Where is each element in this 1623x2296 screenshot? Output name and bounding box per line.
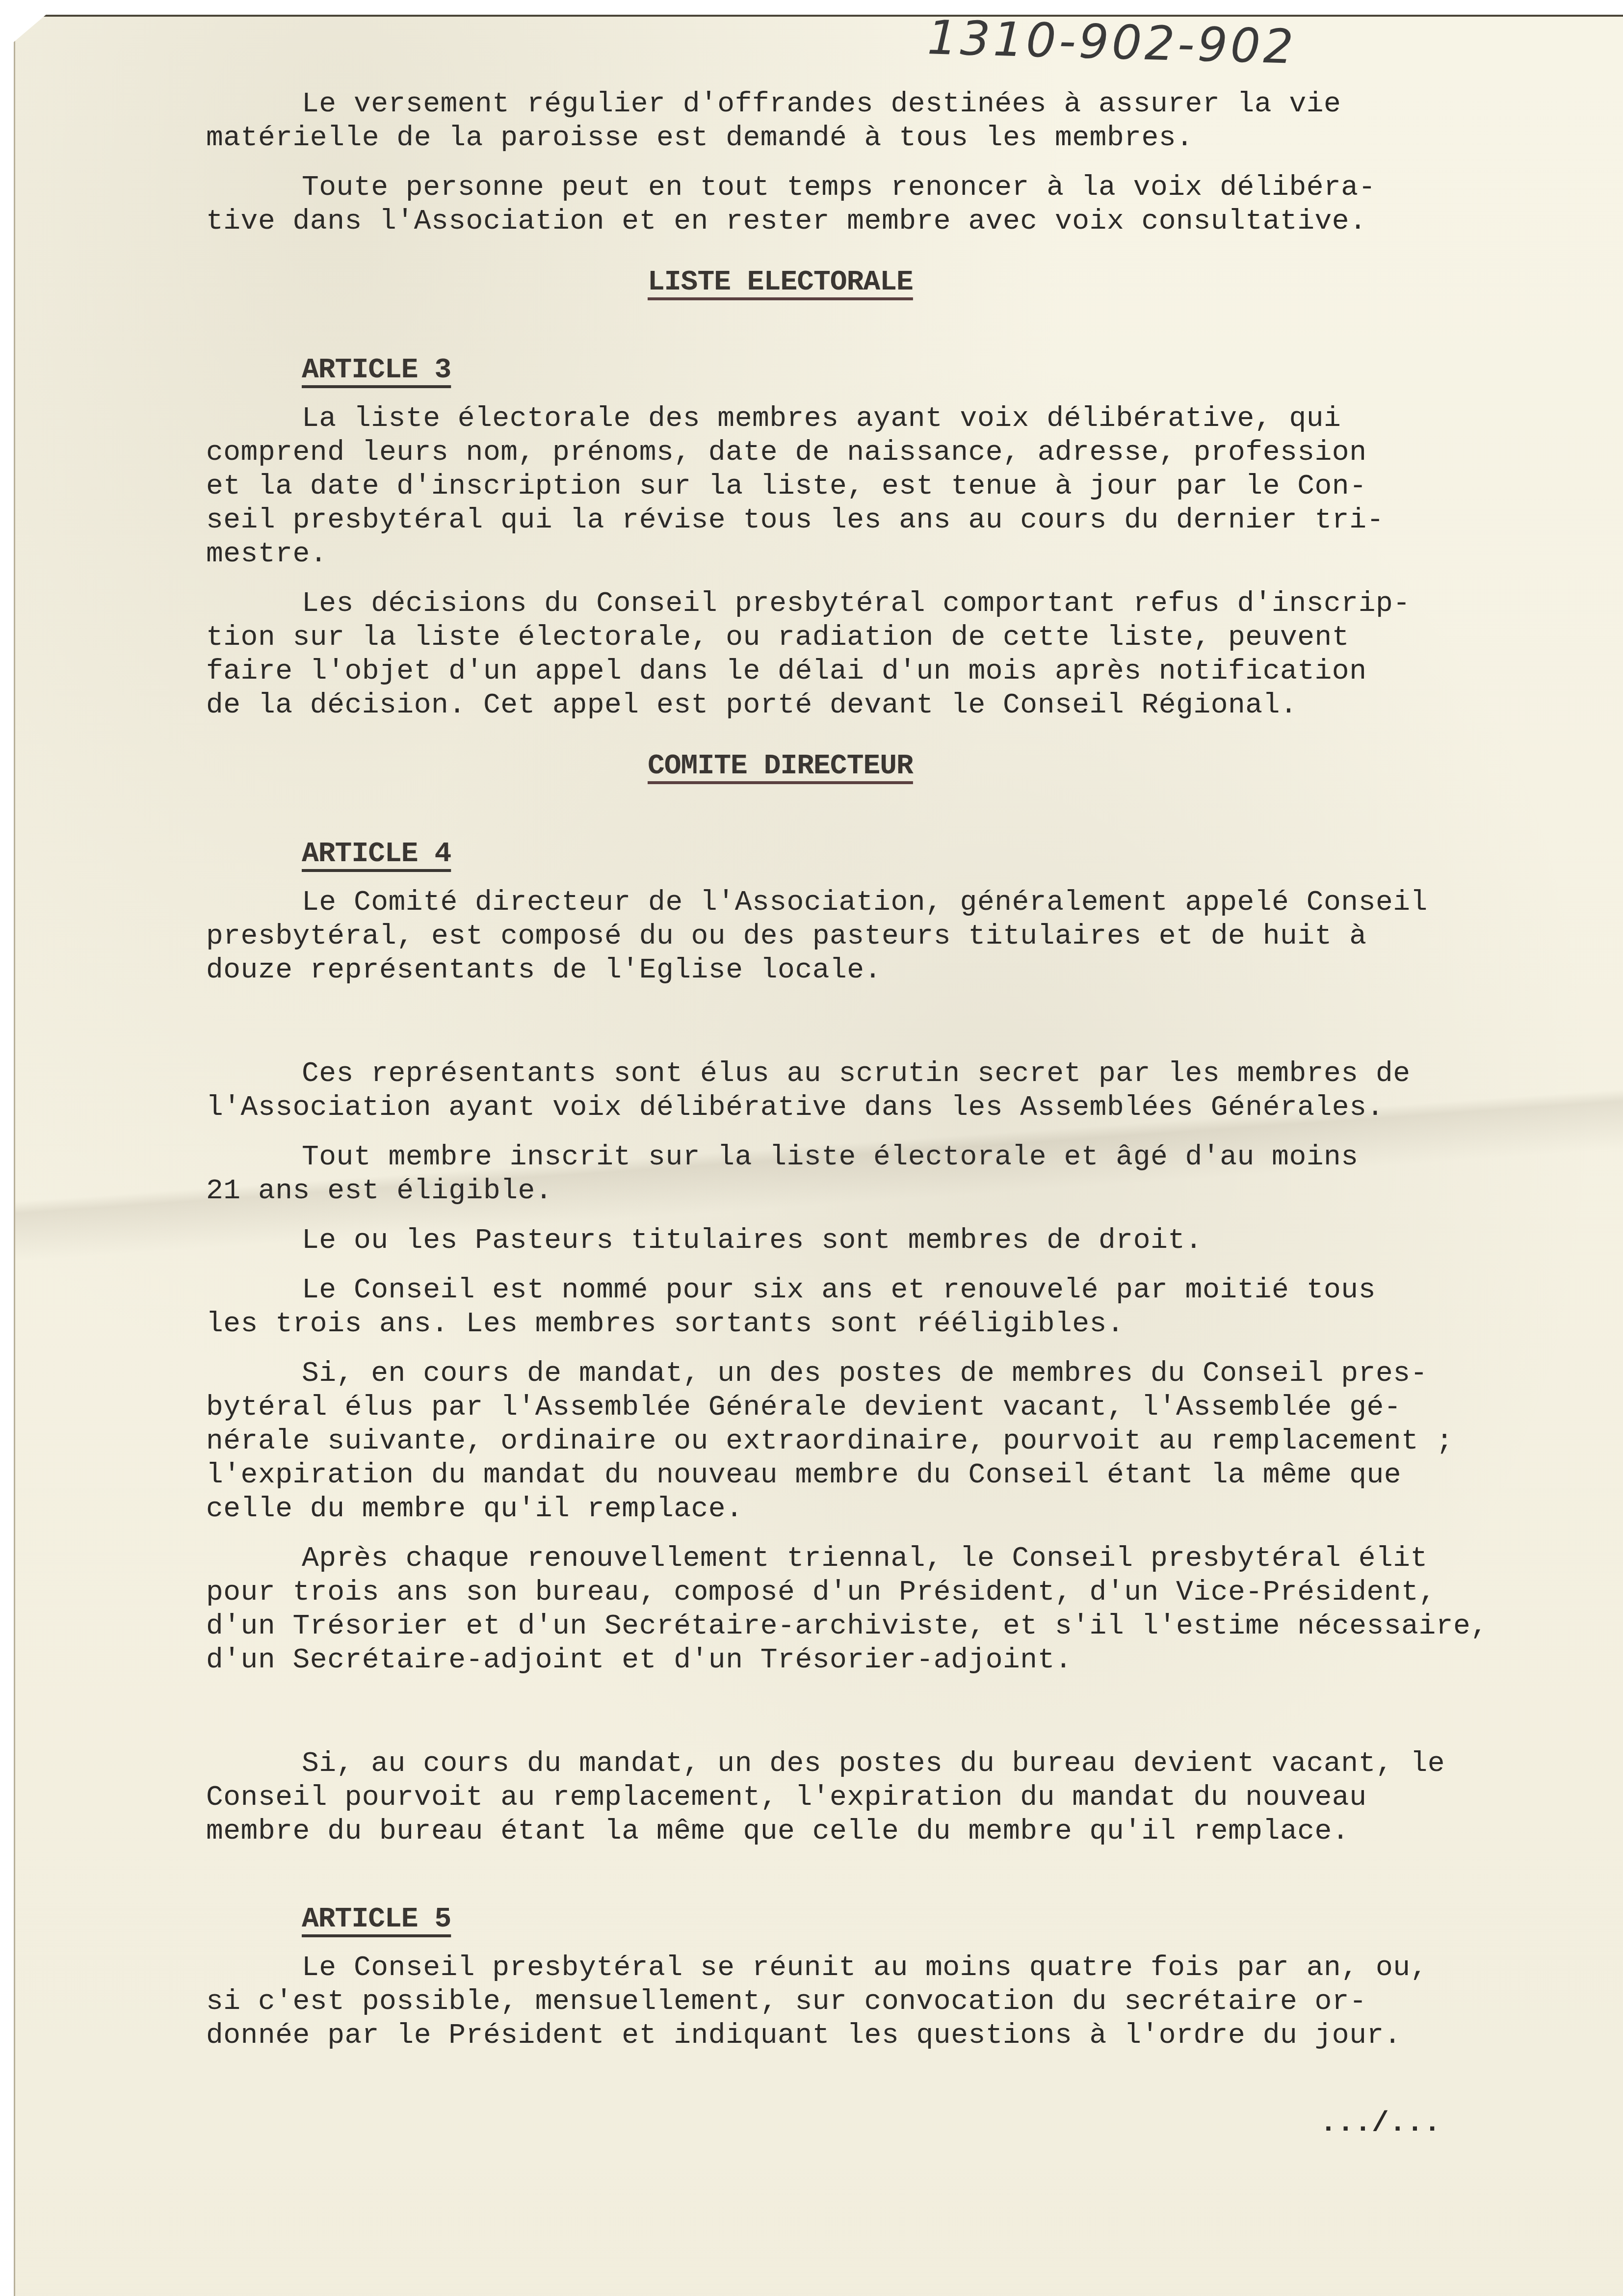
text-line: seil presbytéral qui la révise tous les …	[110, 503, 1599, 537]
article-5-heading: ARTICLE 5	[302, 1902, 1599, 1936]
text-line: Si, au cours du mandat, un des postes du…	[206, 1747, 1599, 1781]
paragraph: Le versement régulier d'offrandes destin…	[206, 87, 1599, 155]
document-body: Le versement régulier d'offrandes destin…	[206, 87, 1599, 2140]
text-line: d'un Trésorier et d'un Secrétaire-archiv…	[110, 1610, 1599, 1643]
text-line: Le versement régulier d'offrandes destin…	[206, 87, 1599, 121]
paragraph: Toute personne peut en tout temps renonc…	[206, 171, 1599, 238]
paragraph: Ces représentants sont élus au scrutin s…	[206, 1057, 1599, 1125]
text-line: comprend leurs nom, prénoms, date de nai…	[110, 436, 1599, 470]
paragraph: Les décisions du Conseil presbytéral com…	[206, 587, 1599, 722]
paragraph: Si, en cours de mandat, un des postes de…	[206, 1357, 1599, 1526]
text-line: de la décision. Cet appel est porté deva…	[110, 688, 1599, 722]
text-line: d'un Secrétaire-adjoint et d'un Trésorie…	[110, 1643, 1599, 1677]
text-line: Si, en cours de mandat, un des postes de…	[206, 1357, 1599, 1391]
text-line: Le Comité directeur de l'Association, gé…	[206, 886, 1599, 920]
section-title-comite-directeur: COMITE DIRECTEUR	[648, 749, 1599, 783]
text-line: Les décisions du Conseil presbytéral com…	[206, 587, 1599, 621]
text-line: les trois ans. Les membres sortants sont…	[110, 1307, 1599, 1341]
handwritten-reference-number: 1310-902-902	[927, 10, 1297, 75]
text-line: 21 ans est éligible.	[110, 1174, 1599, 1208]
text-line: nérale suivante, ordinaire ou extraordin…	[110, 1425, 1599, 1458]
paragraph: Le Comité directeur de l'Association, gé…	[206, 886, 1599, 987]
text-line: matérielle de la paroisse est demandé à …	[110, 121, 1599, 155]
paragraph: Tout membre inscrit sur la liste élector…	[206, 1140, 1599, 1208]
text-line: Tout membre inscrit sur la liste élector…	[206, 1140, 1599, 1174]
text-line: faire l'objet d'un appel dans le délai d…	[110, 655, 1599, 688]
text-line: La liste électorale des membres ayant vo…	[206, 402, 1599, 436]
text-line: Toute personne peut en tout temps renonc…	[206, 171, 1599, 205]
intro-section: Le versement régulier d'offrandes destin…	[206, 87, 1599, 238]
text-line: pour trois ans son bureau, composé d'un …	[110, 1576, 1599, 1610]
text-line: si c'est possible, mensuellement, sur co…	[110, 1985, 1599, 2019]
text-line: donnée par le Président et indiquant les…	[110, 2019, 1599, 2053]
text-line: mestre.	[110, 537, 1599, 571]
text-line: et la date d'inscription sur la liste, e…	[110, 470, 1599, 503]
paragraph: Le ou les Pasteurs titulaires sont membr…	[206, 1224, 1599, 1258]
continuation-mark: .../...	[1320, 2107, 1599, 2140]
paragraph: Le Conseil presbytéral se réunit au moin…	[206, 1951, 1599, 2053]
article-4-body-a: Le Comité directeur de l'Association, gé…	[206, 886, 1599, 987]
text-line: l'expiration du mandat du nouveau membre…	[110, 1458, 1599, 1492]
text-line: l'Association ayant voix délibérative da…	[110, 1091, 1599, 1125]
text-line: presbytéral, est composé du ou des paste…	[110, 920, 1599, 953]
text-line: Le ou les Pasteurs titulaires sont membr…	[206, 1224, 1599, 1258]
text-line: douze représentants de l'Eglise locale.	[110, 953, 1599, 987]
article-4-heading: ARTICLE 4	[302, 837, 1599, 871]
paragraph: La liste électorale des membres ayant vo…	[206, 402, 1599, 571]
article-4-body-b: Ces représentants sont élus au scrutin s…	[206, 1057, 1599, 1677]
paragraph: Si, au cours du mandat, un des postes du…	[206, 1747, 1599, 1848]
paragraph: Le Conseil est nommé pour six ans et ren…	[206, 1273, 1599, 1341]
text-line: Ces représentants sont élus au scrutin s…	[206, 1057, 1599, 1091]
text-line: Le Conseil presbytéral se réunit au moin…	[206, 1951, 1599, 1985]
text-line: Après chaque renouvellement triennal, le…	[206, 1542, 1599, 1576]
section-title-liste-electorale: LISTE ELECTORALE	[648, 265, 1599, 299]
text-line: Le Conseil est nommé pour six ans et ren…	[206, 1273, 1599, 1307]
text-line: bytéral élus par l'Assemblée Générale de…	[110, 1391, 1599, 1425]
paragraph: Après chaque renouvellement triennal, le…	[206, 1542, 1599, 1677]
spacer	[206, 1003, 1599, 1057]
text-line: tive dans l'Association et en rester mem…	[110, 205, 1599, 238]
article-3-body: La liste électorale des membres ayant vo…	[206, 402, 1599, 722]
article-5-body: Le Conseil presbytéral se réunit au moin…	[206, 1951, 1599, 2053]
text-line: Conseil pourvoit au remplacement, l'expi…	[110, 1781, 1599, 1815]
text-line: membre du bureau étant la même que celle…	[110, 1815, 1599, 1848]
text-line: tion sur la liste électorale, ou radiati…	[110, 621, 1599, 655]
text-line: celle du membre qu'il remplace.	[110, 1492, 1599, 1526]
article-3-heading: ARTICLE 3	[302, 353, 1599, 387]
spacer	[206, 1693, 1599, 1747]
article-4-body-c: Si, au cours du mandat, un des postes du…	[206, 1747, 1599, 1848]
